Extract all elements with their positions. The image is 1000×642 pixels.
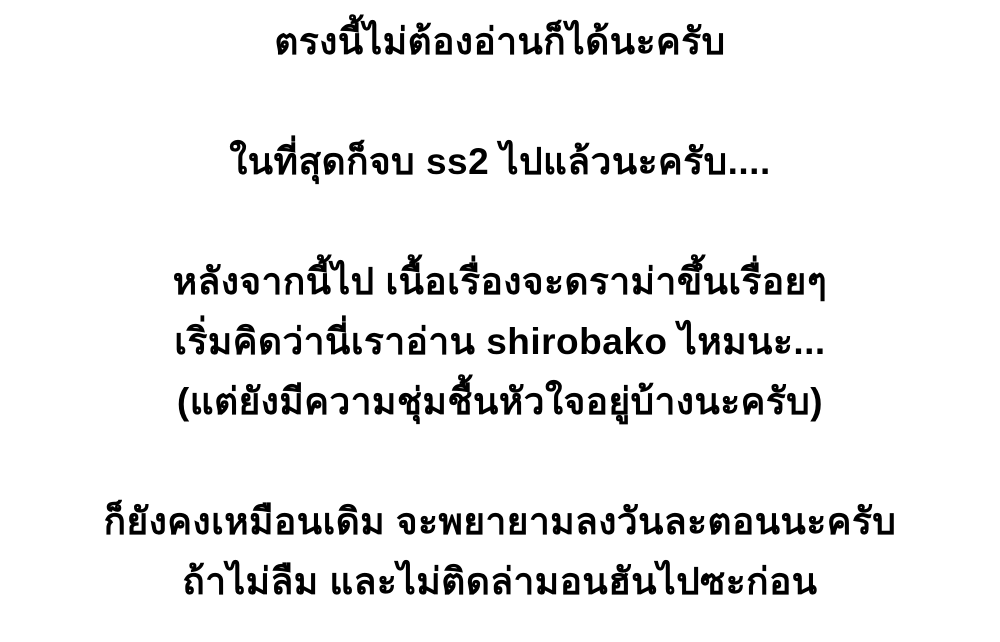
text-line: เริ่มคิดว่านี่เราอ่าน shirobako ไหมนะ... — [0, 312, 1000, 372]
blank-line — [0, 72, 1000, 132]
translator-afterword-page: ตรงนี้ไม่ต้องอ่านก็ได้นะครับ ในที่สุดก็จ… — [0, 0, 1000, 642]
blank-line — [0, 192, 1000, 252]
text-line: ตรงนี้ไม่ต้องอ่านก็ได้นะครับ — [0, 12, 1000, 72]
text-line: หลังจากนี้ไป เนื้อเรื่องจะดราม่าขึ้นเรื่… — [0, 252, 1000, 312]
text-line: ก็ยังคงเหมือนเดิม จะพยายามลงวันละตอนนะคร… — [0, 492, 1000, 552]
text-line: ในที่สุดก็จบ ss2 ไปแล้วนะครับ.... — [0, 132, 1000, 192]
blank-line — [0, 432, 1000, 492]
text-line: (แต่ยังมีความชุ่มชื้นหัวใจอยู่บ้างนะครับ… — [0, 372, 1000, 432]
text-line: ถ้าไม่ลืม และไม่ติดล่ามอนฮันไปซะก่อน — [0, 552, 1000, 612]
